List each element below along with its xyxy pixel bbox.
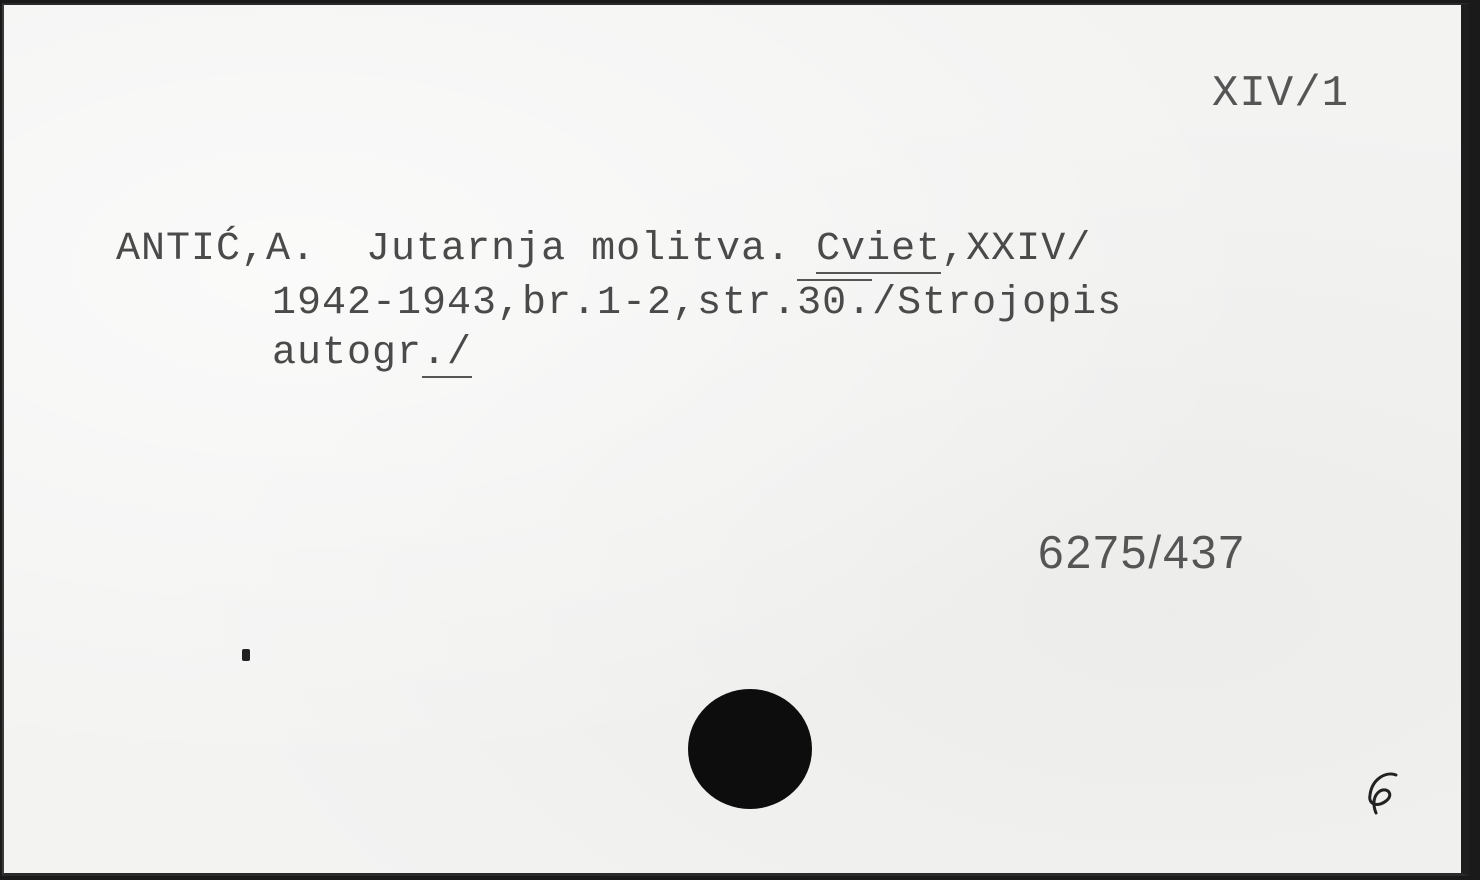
format-note: Strojopis bbox=[897, 281, 1122, 326]
journal-name: Cviet bbox=[816, 227, 941, 274]
catalog-card: XIV/1 ANTIĆ,A. Jutarnja molitva. Cviet,X… bbox=[2, 3, 1469, 876]
inventory-number: 6275/437 bbox=[1038, 525, 1246, 579]
author-name: ANTIĆ,A. bbox=[116, 227, 316, 272]
call-number: XIV/1 bbox=[1212, 69, 1349, 119]
page-number: 30. bbox=[797, 279, 872, 326]
entry-line-1: ANTIĆ,A. Jutarnja molitva. Cviet,XXIV/ bbox=[116, 227, 1091, 272]
bracket-close: ./ bbox=[422, 331, 472, 378]
bracket-open: / bbox=[872, 281, 897, 326]
work-title: Jutarnja molitva. bbox=[366, 227, 791, 272]
issue-details: 1942-1943,br.1-2,str. bbox=[272, 281, 797, 326]
ink-speck bbox=[242, 649, 250, 661]
entry-line-2: 1942-1943,br.1-2,str.30./Strojopis bbox=[272, 281, 1122, 326]
journal-volume: ,XXIV/ bbox=[941, 227, 1091, 272]
format-note-cont: autogr bbox=[272, 331, 422, 376]
entry-line-3: autogr./ bbox=[272, 331, 472, 376]
punch-hole bbox=[688, 689, 812, 809]
handwritten-mark-icon bbox=[1364, 769, 1404, 819]
